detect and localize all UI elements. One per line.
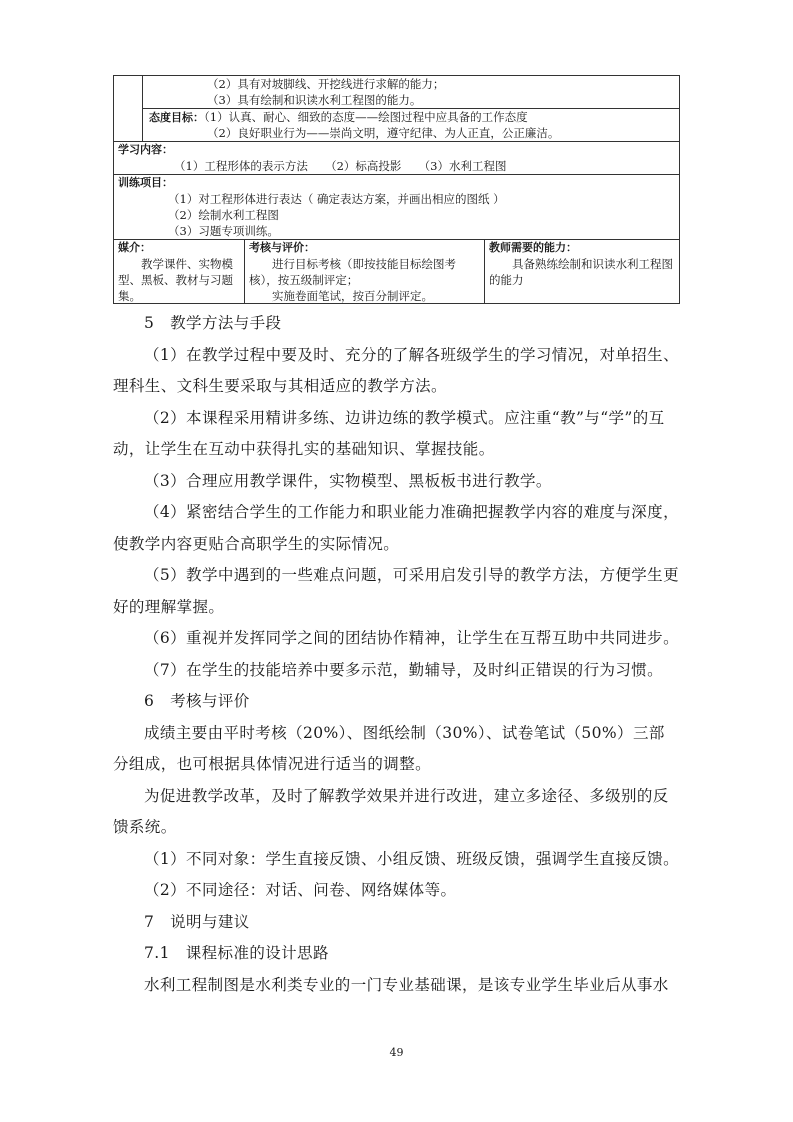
assessment-cell: 考核与评价： 进行目标考核（即按技能目标绘图考核），按五级制评定； 实施卷面笔试… [244, 240, 484, 303]
paragraph: （5）教学中遇到的一些难点问题，可采用启发引导的教学方法，方便学生更好的理解掌握… [113, 560, 680, 623]
section-heading-5: 5 教学方法与手段 [113, 308, 680, 340]
objectives-row: （2）具有对坡脚线、开挖线进行求解的能力； （3）具有绘制和识读水利工程图的能力… [114, 76, 679, 141]
paragraph: （2）不同途径：对话、问卷、网络媒体等。 [113, 875, 680, 907]
skill-line: （3）具有绘制和识读水利工程图的能力。 [149, 92, 679, 108]
media-label: 媒介： [118, 240, 240, 256]
assessment-label: 考核与评价： [249, 240, 480, 256]
paragraph: （2）本课程采用精讲多练、边讲边练的教学模式。应注重“教”与“学”的互动，让学生… [113, 403, 680, 466]
body-text: 5 教学方法与手段 （1）在教学过程中要及时、充分的了解各班级学生的学习情况，对… [113, 308, 680, 1001]
training-label: 训练项目： [118, 175, 679, 191]
paragraph: （4）紧密结合学生的工作能力和职业能力准确把握教学内容的难度与深度，使教学内容更… [113, 497, 680, 560]
page-number: 49 [0, 1046, 793, 1059]
paragraph: 水利工程制图是水利类专业的一门专业基础课，是该专业学生毕业后从事水 [113, 970, 680, 1002]
paragraph: 成绩主要由平时考核（20%）、图纸绘制（30%）、试卷笔试（50%）三部分组成，… [113, 718, 680, 781]
training-item: （1）对工程形体进行表达（ 确定表达方案，并画出相应的图纸 ） [118, 191, 679, 207]
section-heading-6: 6 考核与评价 [113, 686, 680, 718]
assessment-text: 进行目标考核（即按技能目标绘图考核），按五级制评定； [249, 256, 480, 288]
objectives-cells: （2）具有对坡脚线、开挖线进行求解的能力； （3）具有绘制和识读水利工程图的能力… [143, 76, 679, 141]
resources-row: 媒介： 教学课件、实物模型、黑板、教材与习题集。 考核与评价： 进行目标考核（即… [114, 239, 679, 303]
teacher-ability-text: 具备熟练绘制和识读水利工程图的能力 [489, 256, 675, 288]
section-heading-7: 7 说明与建议 [113, 907, 680, 939]
assessment-text: 实施卷面笔试，按百分制评定。 [249, 288, 480, 304]
teacher-ability-label: 教师需要的能力： [489, 240, 675, 256]
document-page: （2）具有对坡脚线、开挖线进行求解的能力； （3）具有绘制和识读水利工程图的能力… [0, 0, 793, 1122]
paragraph: （7）在学生的技能培养中要多示范，勤辅导，及时纠正错误的行为习惯。 [113, 655, 680, 687]
section-heading-7-1: 7.1 课程标准的设计思路 [113, 938, 680, 970]
media-cell: 媒介： 教学课件、实物模型、黑板、教材与习题集。 [114, 240, 244, 303]
course-table: （2）具有对坡脚线、开挖线进行求解的能力； （3）具有绘制和识读水利工程图的能力… [113, 75, 680, 304]
teacher-ability-cell: 教师需要的能力： 具备熟练绘制和识读水利工程图的能力 [484, 240, 679, 303]
training-item: （2）绘制水利工程图 [118, 207, 679, 223]
attitude-objectives-cell: 态度目标：（1）认真、耐心、细致的态度——绘图过程中应具备的工作态度 （2）良好… [143, 108, 679, 141]
paragraph: 为促进教学改革，及时了解教学效果并进行改进，建立多途径、多级别的反馈系统。 [113, 781, 680, 844]
table-spacer-cell [114, 76, 143, 141]
attitude-line: （1）认真、耐心、细致的态度——绘图过程中应具备的工作态度 [204, 110, 528, 124]
learning-content-label: 学习内容： [118, 142, 679, 158]
training-row: 训练项目： （1）对工程形体进行表达（ 确定表达方案，并画出相应的图纸 ） （2… [114, 174, 679, 239]
training-item: （3）习题专项训练。 [118, 223, 679, 239]
paragraph: （1）不同对象：学生直接反馈、小组反馈、班级反馈，强调学生直接反馈。 [113, 844, 680, 876]
paragraph: （6）重视并发挥同学之间的团结协作精神，让学生在互帮互助中共同进步。 [113, 623, 680, 655]
media-text: 教学课件、实物模型、黑板、教材与习题集。 [118, 256, 240, 304]
learning-content-items: （1）工程形体的表示方法 （2）标高投影 （3）水利工程图 [118, 158, 679, 174]
paragraph: （3）合理应用教学课件，实物模型、黑板板书进行教学。 [113, 466, 680, 498]
learning-content-row: 学习内容： （1）工程形体的表示方法 （2）标高投影 （3）水利工程图 [114, 141, 679, 174]
attitude-line: （2）良好职业行为——崇尚文明，遵守纪律、为人正直，公正廉洁。 [149, 125, 679, 141]
paragraph: （1）在教学过程中要及时、充分的了解各班级学生的学习情况，对单招生、理科生、文科… [113, 340, 680, 403]
skill-line: （2）具有对坡脚线、开挖线进行求解的能力； [149, 76, 679, 92]
skill-objectives-cell: （2）具有对坡脚线、开挖线进行求解的能力； （3）具有绘制和识读水利工程图的能力… [143, 76, 679, 108]
attitude-label: 态度目标： [149, 111, 204, 124]
